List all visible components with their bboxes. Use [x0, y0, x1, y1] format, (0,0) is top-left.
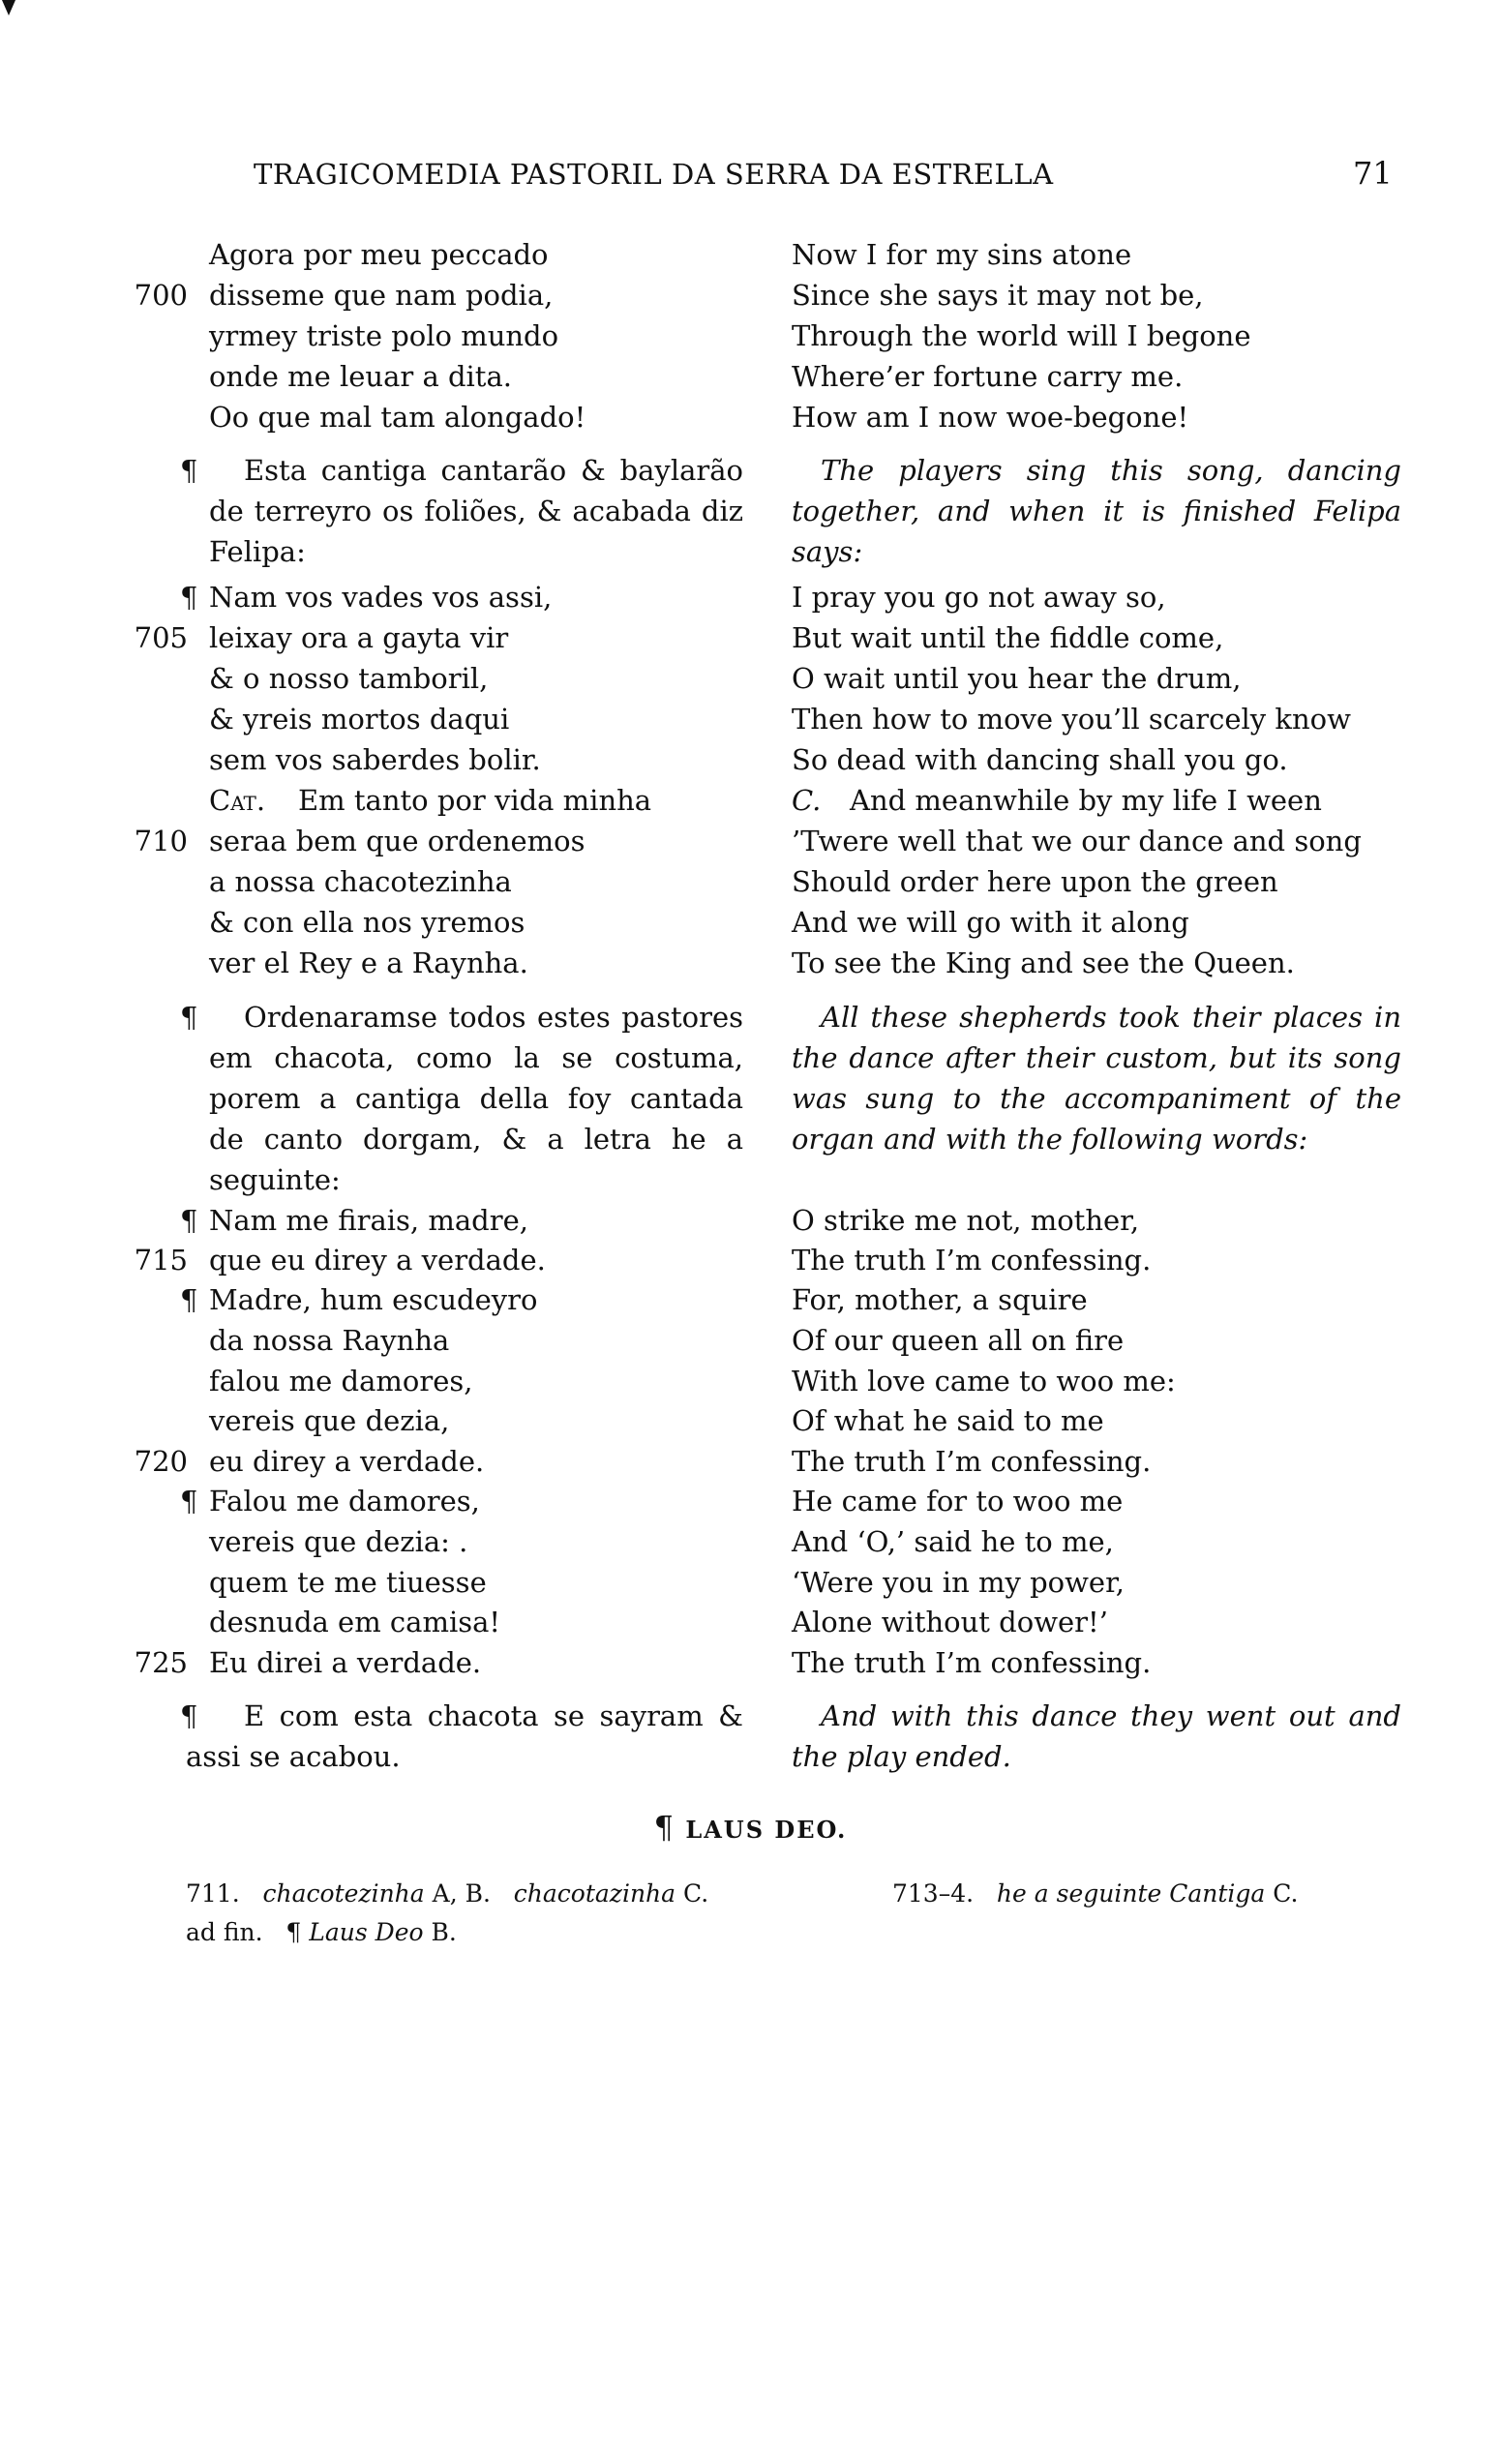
verse-line: The truth I’m confessing. [792, 1642, 1151, 1683]
verse-line: Since she says it may not be, [792, 275, 1204, 316]
pilcrow-icon: ¶ [180, 1200, 197, 1241]
verse-line: O wait until you hear the drum, [792, 658, 1242, 699]
verse-line: How am I now woe-begone! [792, 397, 1188, 437]
pilcrow-icon: ¶ [285, 1918, 301, 1946]
verse-line: Nam vos vades vos assi, [209, 577, 552, 617]
direction-line: Esta cantiga cantarão & baylarão [209, 450, 743, 491]
direction-line: seguinte: [209, 1159, 743, 1200]
verse-line: & con ella nos yremos [209, 902, 525, 943]
pilcrow-icon: ¶ [654, 1809, 675, 1846]
verse-line: And ‘O,’ said he to me, [792, 1521, 1114, 1562]
stage-direction: All these shepherds took their places in… [792, 997, 1401, 1159]
verse-line: a nossa chacotezinha [209, 861, 512, 902]
stage-direction: And with this dance they went out and th… [792, 1696, 1401, 1777]
verse-line: I pray you go not away so, [792, 577, 1166, 617]
verse-line: Of what he said to me [792, 1400, 1104, 1441]
line-number: 720 [130, 1441, 188, 1482]
direction-line: The players sing this song, dancing [792, 450, 1401, 491]
footnote-variant: chacotazinha [514, 1879, 675, 1908]
verse-line: ver el Rey e a Raynha. [209, 943, 528, 983]
verse-line: And we will go with it along [792, 902, 1189, 943]
direction-line: the play ended. [792, 1736, 1401, 1777]
verse-line: Em tanto por vida minha [298, 780, 651, 821]
line-number: 700 [130, 275, 188, 316]
scan-corner-mark [2, 0, 15, 15]
verse-line: So dead with dancing shall you go. [792, 739, 1288, 780]
footnote-ref: 713–4. [892, 1879, 974, 1908]
line-number: 705 [130, 617, 188, 658]
direction-line: Ordenaramse todos estes pastores [209, 997, 743, 1037]
verse-line: vereis que dezia: . [209, 1521, 467, 1562]
direction-line: de terreyro os foliões, & acabada diz [209, 491, 743, 531]
footnote-ad-fin: ad fin. ¶ Laus Deo B. [186, 1913, 457, 1952]
verse-line: eu direy a verdade. [209, 1441, 484, 1482]
stage-direction: Ordenaramse todos estes pastores em chac… [209, 997, 743, 1200]
verse-line: O strike me not, mother, [792, 1200, 1139, 1241]
speaker-name: C. [792, 780, 821, 821]
footnote-ref: ad fin. [186, 1918, 263, 1946]
direction-line: E com esta chacota se sayram & [186, 1696, 743, 1736]
line-number: 715 [130, 1240, 188, 1280]
verse-line: & yreis mortos daqui [209, 699, 509, 739]
closing-text: LAUS DEO. [685, 1816, 847, 1844]
line-number: 710 [130, 821, 188, 861]
direction-line: Felipa: [209, 531, 743, 572]
footnote-source: A, B. [433, 1879, 491, 1908]
stage-direction: E com esta chacota se sayram & assi se a… [186, 1696, 743, 1777]
pilcrow-icon: ¶ [180, 450, 197, 491]
footnote-ref: 711. [186, 1879, 240, 1908]
footnote-source: B. [432, 1918, 457, 1946]
page-number: 71 [1353, 155, 1393, 192]
footnote-variant: chacotezinha [263, 1879, 425, 1908]
verse-line: Nam me firais, madre, [209, 1200, 528, 1241]
verse-line: ’Twere well that we our dance and song [792, 821, 1362, 861]
footnote-source: C. [683, 1879, 708, 1908]
verse-line: Agora por meu peccado [209, 234, 549, 275]
verse-line: desnuda em camisa! [209, 1602, 500, 1642]
verse-line: que eu direy a verdade. [209, 1240, 546, 1280]
speaker-name: Cat. [209, 780, 265, 821]
stage-direction: The players sing this song, dancing toge… [792, 450, 1401, 572]
direction-line: de canto dorgam, & a letra he a [209, 1119, 743, 1159]
verse-line: & o nosso tamboril, [209, 658, 488, 699]
direction-line: And with this dance they went out and [792, 1696, 1401, 1736]
verse-line: Eu direi a verdade. [209, 1642, 481, 1683]
direction-line: the dance after their custom, but its so… [792, 1037, 1401, 1078]
verse-line: But wait until the fiddle come, [792, 617, 1223, 658]
direction-line: All these shepherds took their places in [792, 997, 1401, 1037]
verse-line: Oo que mal tam alongado! [209, 397, 585, 437]
verse-line: sem vos saberdes bolir. [209, 739, 541, 780]
direction-line: together, and when it is finished Felipa [792, 491, 1401, 531]
verse-line: He came for to woo me [792, 1481, 1123, 1521]
verse-line: And meanwhile by my life I ween [850, 780, 1322, 821]
verse-line: Alone without dower!’ [792, 1602, 1108, 1642]
line-number: 725 [130, 1642, 188, 1683]
footnote-source: C. [1273, 1879, 1298, 1908]
pilcrow-icon: ¶ [180, 997, 197, 1037]
verse-line: falou me damores, [209, 1361, 472, 1401]
verse-line: vereis que dezia, [209, 1400, 449, 1441]
verse-line: yrmey triste polo mundo [209, 316, 558, 356]
pilcrow-icon: ¶ [180, 1279, 197, 1320]
verse-line: Should order here upon the green [792, 861, 1278, 902]
pilcrow-icon: ¶ [180, 577, 197, 617]
verse-line: Falou me damores, [209, 1481, 480, 1521]
verse-line: Of our queen all on fire [792, 1320, 1124, 1361]
verse-line: onde me leuar a dita. [209, 356, 512, 397]
footnote-variant: Laus Deo [309, 1918, 423, 1946]
direction-line: assi se acabou. [186, 1736, 743, 1777]
footnote-711: 711. chacotezinha A, B. chacotazinha C. [186, 1875, 708, 1913]
verse-line: quem te me tiuesse [209, 1562, 487, 1603]
stage-direction: Esta cantiga cantarão & baylarão de terr… [209, 450, 743, 572]
footnote-713-4: 713–4. he a seguinte Cantiga C. [892, 1875, 1298, 1913]
verse-line: Then how to move you’ll scarcely know [792, 699, 1351, 739]
running-head: TRAGICOMEDIA PASTORIL DA SERRA DA ESTREL… [254, 158, 1270, 191]
verse-line: Through the world will I begone [792, 316, 1251, 356]
verse-line: disseme que nam podia, [209, 275, 553, 316]
direction-line: porem a cantiga della foy cantada [209, 1078, 743, 1119]
verse-line: Madre, hum escudeyro [209, 1279, 537, 1320]
verse-line: da nossa Raynha [209, 1320, 449, 1361]
verse-line: leixay ora a gayta vir [209, 617, 508, 658]
direction-line: was sung to the accompaniment of the [792, 1078, 1401, 1119]
closing-laus-deo: ¶ LAUS DEO. [0, 1809, 1501, 1846]
verse-line: seraa bem que ordenemos [209, 821, 585, 861]
pilcrow-icon: ¶ [180, 1481, 197, 1521]
verse-line: The truth I’m confessing. [792, 1441, 1151, 1482]
footnote-variant: he a seguinte Cantiga [997, 1879, 1265, 1908]
direction-line: em chacota, como la se costuma, [209, 1037, 743, 1078]
verse-line: For, mother, a squire [792, 1279, 1088, 1320]
verse-line: The truth I’m confessing. [792, 1240, 1151, 1280]
verse-line: With love came to woo me: [792, 1361, 1176, 1401]
verse-line: Now I for my sins atone [792, 234, 1131, 275]
direction-line: says: [792, 531, 1401, 572]
direction-line: organ and with the following words: [792, 1119, 1401, 1159]
verse-line: ‘Were you in my power, [792, 1562, 1125, 1603]
verse-line: To see the King and see the Queen. [792, 943, 1295, 983]
verse-line: Where’er fortune carry me. [792, 356, 1183, 397]
